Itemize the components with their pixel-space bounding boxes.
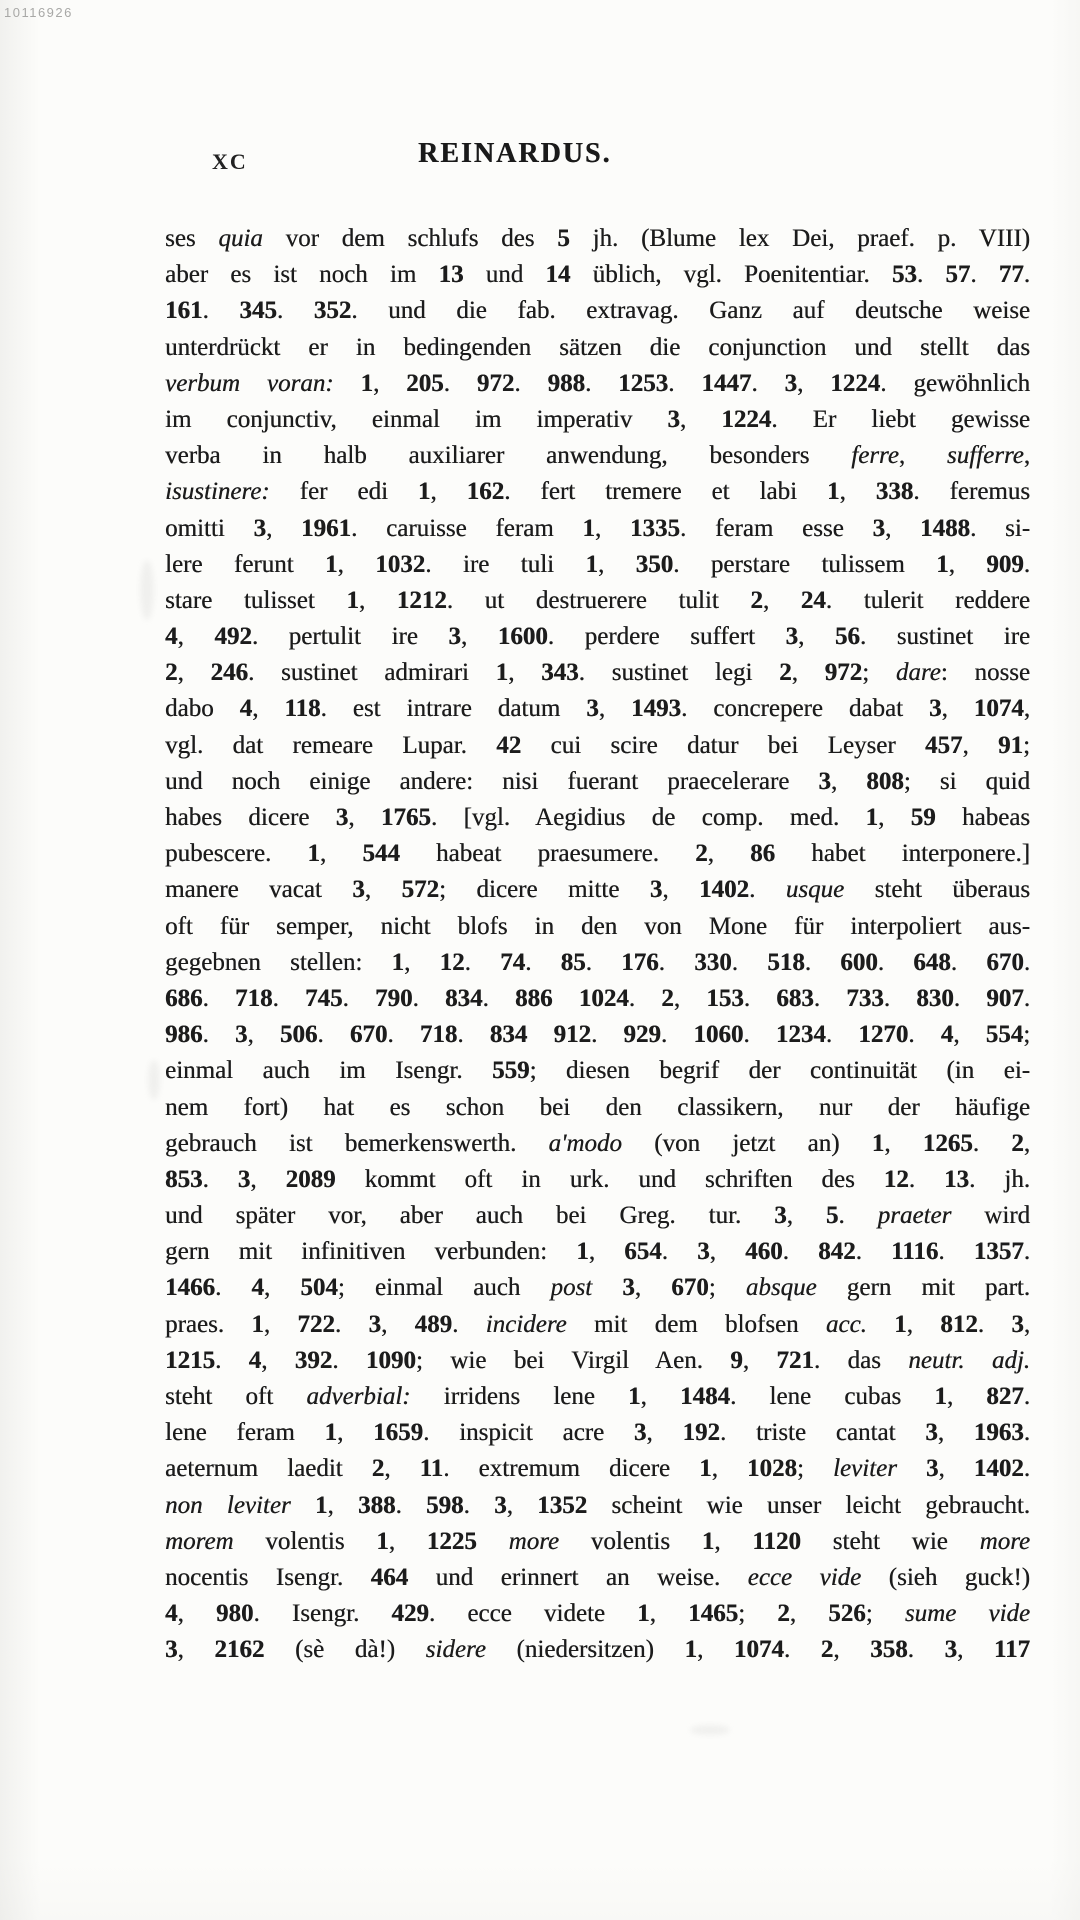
text-line: und später vor, aber auch bei Greg. tur.… bbox=[165, 1198, 1030, 1234]
text-line: 853. 3, 2089 kommt oft in urk. und schri… bbox=[165, 1162, 1030, 1198]
scan-smudge bbox=[140, 560, 154, 620]
text-line: und noch einige andere: nisi fuerant pra… bbox=[165, 764, 1030, 800]
text-line: einmal auch im Isengr. 559; diesen begri… bbox=[165, 1053, 1030, 1089]
text-line: 161. 345. 352. und die fab. extravag. Ga… bbox=[165, 293, 1030, 329]
text-line: oft für semper, nicht blofs in den von M… bbox=[165, 909, 1030, 945]
text-line: gern mit infinitiven verbunden: 1, 654. … bbox=[165, 1234, 1030, 1270]
text-line: 3, 2162 (sè dà!) sidere (niedersitzen) 1… bbox=[165, 1632, 1030, 1668]
text-line: 686. 718. 745. 790. 834. 886 1024. 2, 15… bbox=[165, 981, 1030, 1017]
text-line: nem fort) hat es schon bei den classiker… bbox=[165, 1090, 1030, 1126]
text-line: morem volentis 1, 1225 more volentis 1, … bbox=[165, 1524, 1030, 1560]
text-line: unterdrückt er in bedingenden sätzen die… bbox=[165, 330, 1030, 366]
text-line: 2, 246. sustinet admirari 1, 343. sustin… bbox=[165, 655, 1030, 691]
text-line: 986. 3, 506. 670. 718. 834 912. 929. 106… bbox=[165, 1017, 1030, 1053]
text-line: verba in halb auxiliarer anwendung, beso… bbox=[165, 438, 1030, 474]
running-title: REINARDUS. bbox=[418, 138, 611, 170]
text-line: stare tulisset 1, 1212. ut destruerere t… bbox=[165, 583, 1030, 619]
text-line: lere ferunt 1, 1032. ire tuli 1, 350. pe… bbox=[165, 547, 1030, 583]
text-line: omitti 3, 1961. caruisse feram 1, 1335. … bbox=[165, 511, 1030, 547]
text-line: ses quia vor dem schlufs des 5 jh. (Blum… bbox=[165, 221, 1030, 257]
scan-catalog-number: 10116926 bbox=[4, 5, 73, 20]
folio-number: XC bbox=[212, 149, 248, 175]
text-line: manere vacat 3, 572; dicere mitte 3, 140… bbox=[165, 872, 1030, 908]
text-line: 1466. 4, 504; einmal auch post 3, 670; a… bbox=[165, 1270, 1030, 1306]
text-line: 4, 980. Isengr. 429. ecce videte 1, 1465… bbox=[165, 1596, 1030, 1632]
text-line: dabo 4, 118. est intrare datum 3, 1493. … bbox=[165, 691, 1030, 727]
body-text: ses quia vor dem schlufs des 5 jh. (Blum… bbox=[165, 221, 1030, 1669]
text-line: gebrauch ist bemerkenswerth. a'modo (von… bbox=[165, 1126, 1030, 1162]
text-line: gegebnen stellen: 1, 12. 74. 85. 176. 33… bbox=[165, 945, 1030, 981]
text-line: nocentis Isengr. 464 und erinnert an wei… bbox=[165, 1560, 1030, 1596]
text-line: praes. 1, 722. 3, 489. incidere mit dem … bbox=[165, 1307, 1030, 1343]
text-line: pubescere. 1, 544 habeat praesumere. 2, … bbox=[165, 836, 1030, 872]
scanned-book-page: { "scan_number": "10116926", "page": { "… bbox=[0, 0, 1080, 1920]
text-line: non leviter 1, 388. 598. 3, 1352 scheint… bbox=[165, 1488, 1030, 1524]
text-line: lene feram 1, 1659. inspicit acre 3, 192… bbox=[165, 1415, 1030, 1451]
text-line: 1215. 4, 392. 1090; wie bei Virgil Aen. … bbox=[165, 1343, 1030, 1379]
text-line: 4, 492. pertulit ire 3, 1600. perdere su… bbox=[165, 619, 1030, 655]
text-line: vgl. dat remeare Lupar. 42 cui scire dat… bbox=[165, 728, 1030, 764]
text-line: im conjunctiv, einmal im imperativ 3, 12… bbox=[165, 402, 1030, 438]
text-line: isustinere: fer edi 1, 162. fert tremere… bbox=[165, 474, 1030, 510]
scan-smudge bbox=[148, 1060, 160, 1100]
text-line: habes dicere 3, 1765. [vgl. Aegidius de … bbox=[165, 800, 1030, 836]
text-line: aeternum laedit 2, 11. extremum dicere 1… bbox=[165, 1451, 1030, 1487]
text-line: aber es ist noch im 13 und 14 üblich, vg… bbox=[165, 257, 1030, 293]
scan-smudge bbox=[690, 1725, 730, 1735]
text-line: verbum voran: 1, 205. 972. 988. 1253. 14… bbox=[165, 366, 1030, 402]
text-line: steht oft adverbial: irridens lene 1, 14… bbox=[165, 1379, 1030, 1415]
